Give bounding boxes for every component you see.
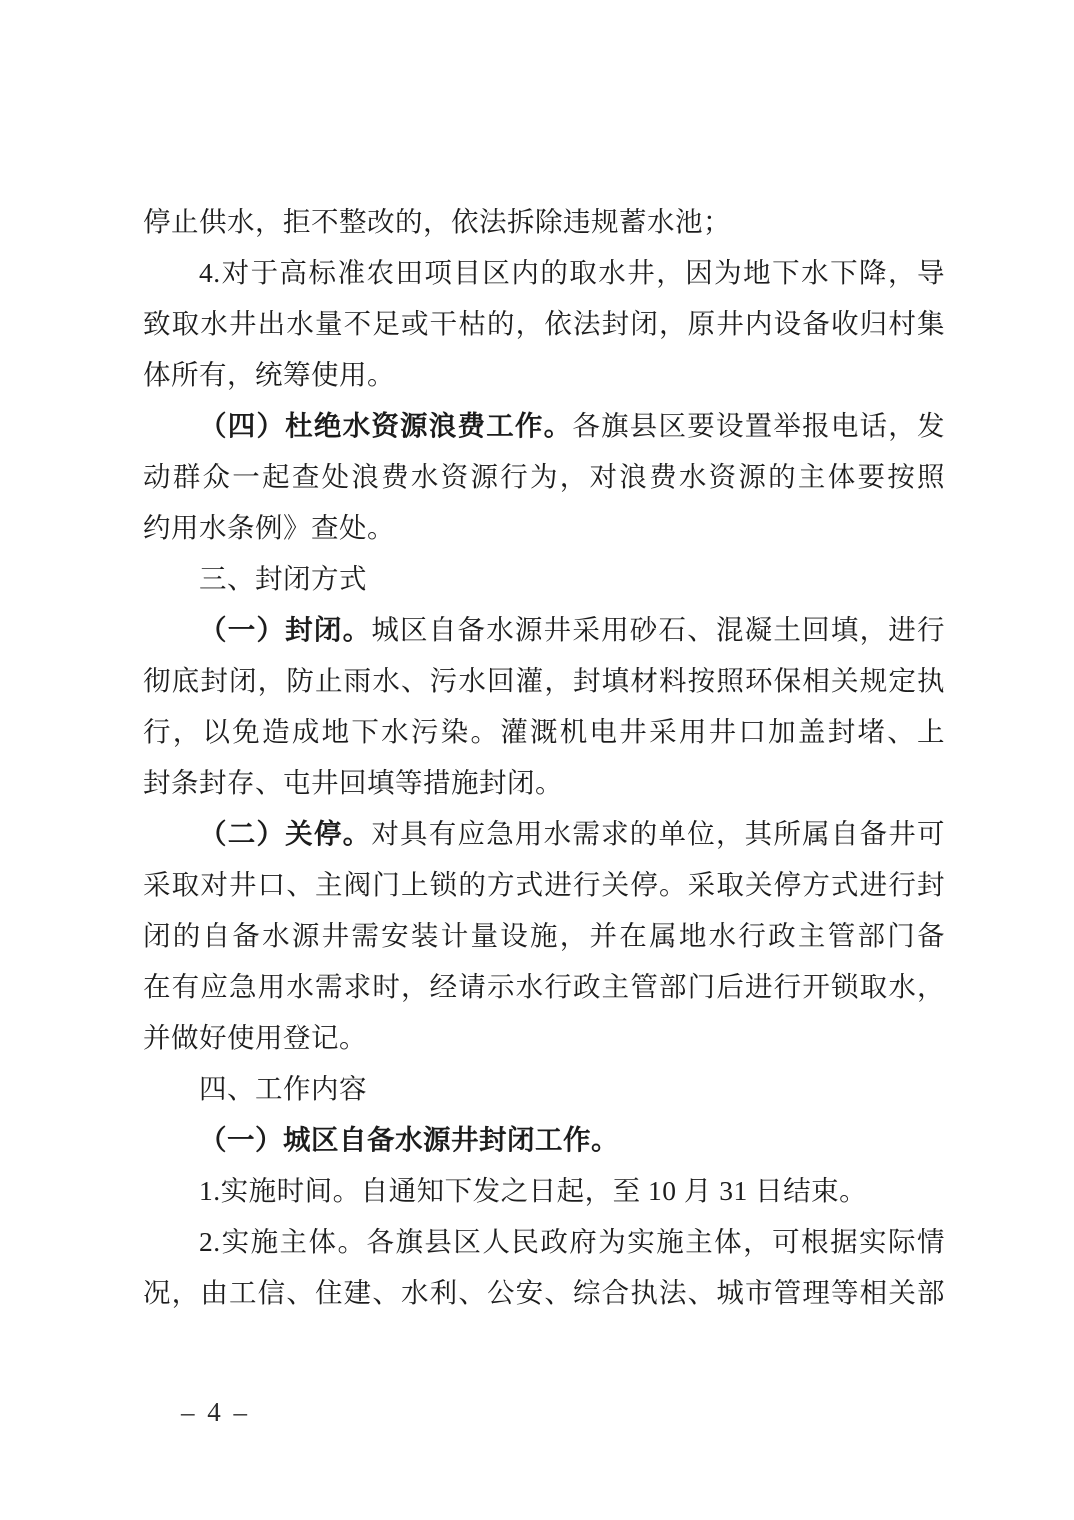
section-heading: 四、工作内容 [143,1063,945,1114]
text-run: 1.实施时间。自通知下发之日起，至 10 月 31 日结束。 [199,1175,867,1206]
text-line: （一）城区自备水源井封闭工作。 [143,1114,945,1165]
text-run: 封条封存、屯井回填等措施封闭。 [143,767,563,798]
text-run: 四、工作内容 [199,1073,367,1104]
text-line: 封条封存、屯井回填等措施封闭。 [143,757,945,808]
text-line: 体所有，统筹使用。 [143,349,945,400]
text-run: 动群众一起查处浪费水资源行为，对浪费水资源的主体要按照《节 [143,461,945,502]
text-run: 4.对于高标准农田项目区内的取水井，因为地下水下降，导 [199,257,945,288]
text-line: （二）关停。对具有应急用水需求的单位，其所属自备井可 [143,808,945,859]
text-run: 城区自备水源井采用砂石、混凝土回填，进行 [371,614,945,645]
text-line: 动群众一起查处浪费水资源行为，对浪费水资源的主体要按照《节 [143,451,945,502]
text-run: 各旗县区要设置举报电话，发 [572,410,945,441]
text-line: （一）封闭。城区自备水源井采用砂石、混凝土回填，进行 [143,604,945,655]
subheading-run: （一）封闭。 [199,614,371,645]
subheading-run: （一）城区自备水源井封闭工作。 [199,1124,619,1155]
text-run: 在有应急用水需求时，经请示水行政主管部门后进行开锁取水， [143,971,945,1002]
subheading-run: （二）关停。 [199,818,371,849]
text-line: 4.对于高标准农田项目区内的取水井，因为地下水下降，导 [143,247,945,298]
text-line: 闭的自备水源井需安装计量设施，并在属地水行政主管部门备案。 [143,910,945,961]
page-number: – 4 – [181,1390,250,1434]
section-heading: 三、封闭方式 [143,553,945,604]
text-run: 并做好使用登记。 [143,1022,367,1053]
text-line: 约用水条例》查处。 [143,502,945,553]
text-run: 彻底封闭，防止雨水、污水回灌，封填材料按照环保相关规定执 [143,665,945,696]
text-line: 采取对井口、主阀门上锁的方式进行关停。采取关停方式进行封 [143,859,945,910]
text-run: 行，以免造成地下水污染。灌溉机电井采用井口加盖封堵、上锁、 [143,716,945,757]
text-run: 闭的自备水源井需安装计量设施，并在属地水行政主管部门备案。 [143,920,945,961]
text-run: 约用水条例》查处。 [143,512,395,543]
text-run: 三、封闭方式 [199,563,367,594]
text-line: 并做好使用登记。 [143,1012,945,1063]
text-line: 2.实施主体。各旗县区人民政府为实施主体，可根据实际情 [143,1216,945,1267]
document-page: 停止供水，拒不整改的，依法拆除违规蓄水池；4.对于高标准农田项目区内的取水井，因… [0,0,1074,1520]
text-line: 行，以免造成地下水污染。灌溉机电井采用井口加盖封堵、上锁、 [143,706,945,757]
text-line: 1.实施时间。自通知下发之日起，至 10 月 31 日结束。 [143,1165,945,1216]
text-line: 在有应急用水需求时，经请示水行政主管部门后进行开锁取水， [143,961,945,1012]
subheading-run: （四）杜绝水资源浪费工作。 [199,410,572,441]
text-run: 2.实施主体。各旗县区人民政府为实施主体，可根据实际情 [199,1226,945,1257]
text-line: 况，由工信、住建、水利、公安、综合执法、城市管理等相关部 [143,1267,945,1318]
text-run: 体所有，统筹使用。 [143,359,395,390]
text-run: 停止供水，拒不整改的，依法拆除违规蓄水池； [143,206,731,237]
text-run: 致取水井出水量不足或干枯的，依法封闭，原井内设备收归村集 [143,308,945,339]
text-line: 致取水井出水量不足或干枯的，依法封闭，原井内设备收归村集 [143,298,945,349]
text-run: 对具有应急用水需求的单位，其所属自备井可 [371,818,945,849]
text-line: 彻底封闭，防止雨水、污水回灌，封填材料按照环保相关规定执 [143,655,945,706]
text-line: 停止供水，拒不整改的，依法拆除违规蓄水池； [143,196,945,247]
text-run: 采取对井口、主阀门上锁的方式进行关停。采取关停方式进行封 [143,869,945,900]
text-line: （四）杜绝水资源浪费工作。各旗县区要设置举报电话，发 [143,400,945,451]
document-body: 停止供水，拒不整改的，依法拆除违规蓄水池；4.对于高标准农田项目区内的取水井，因… [143,196,945,1318]
text-run: 况，由工信、住建、水利、公安、综合执法、城市管理等相关部 [143,1277,945,1308]
